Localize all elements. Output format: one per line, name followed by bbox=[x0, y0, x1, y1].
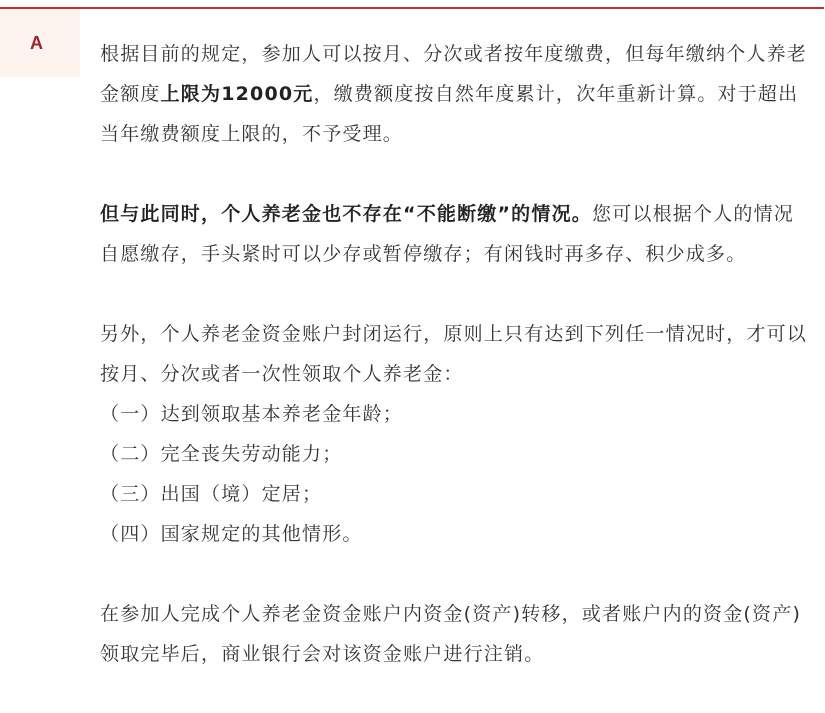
emphasis-no-interruption: 但与此同时，个人养老金也不存在“不能断缴”的情况。 bbox=[100, 203, 592, 225]
condition-item: （一）达到领取基本养老金年龄； bbox=[100, 394, 812, 434]
paragraph-account-closure: 在参加人完成个人养老金资金账户内资金(资产)转移，或者账户内的资金(资产)领取完… bbox=[100, 594, 812, 674]
condition-item: （三）出国（境）定居； bbox=[100, 474, 812, 514]
top-divider bbox=[0, 7, 824, 9]
paragraph-contribution-limit: 根据目前的规定，参加人可以按月、分次或者按年度缴费，但每年缴纳个人养老金额度上限… bbox=[100, 34, 812, 154]
answer-body: 根据目前的规定，参加人可以按月、分次或者按年度缴费，但每年缴纳个人养老金额度上限… bbox=[100, 34, 812, 674]
answer-badge: A bbox=[0, 9, 80, 77]
condition-item: （四）国家规定的其他情形。 bbox=[100, 514, 812, 554]
paragraph-text: 另外，个人养老金资金账户封闭运行，原则上只有达到下列任一情况时，才可以按月、分次… bbox=[100, 314, 812, 394]
condition-item: （二）完全丧失劳动能力； bbox=[100, 434, 812, 474]
paragraph-withdrawal-conditions: 另外，个人养老金资金账户封闭运行，原则上只有达到下列任一情况时，才可以按月、分次… bbox=[100, 314, 812, 554]
paragraph-text: 在参加人完成个人养老金资金账户内资金(资产)转移，或者账户内的资金(资产)领取完… bbox=[100, 603, 801, 665]
paragraph-no-interruption: 但与此同时，个人养老金也不存在“不能断缴”的情况。您可以根据个人的情况自愿缴存，… bbox=[100, 194, 812, 274]
answer-label: A bbox=[30, 33, 43, 53]
emphasis-limit: 上限为12000元 bbox=[161, 83, 314, 105]
